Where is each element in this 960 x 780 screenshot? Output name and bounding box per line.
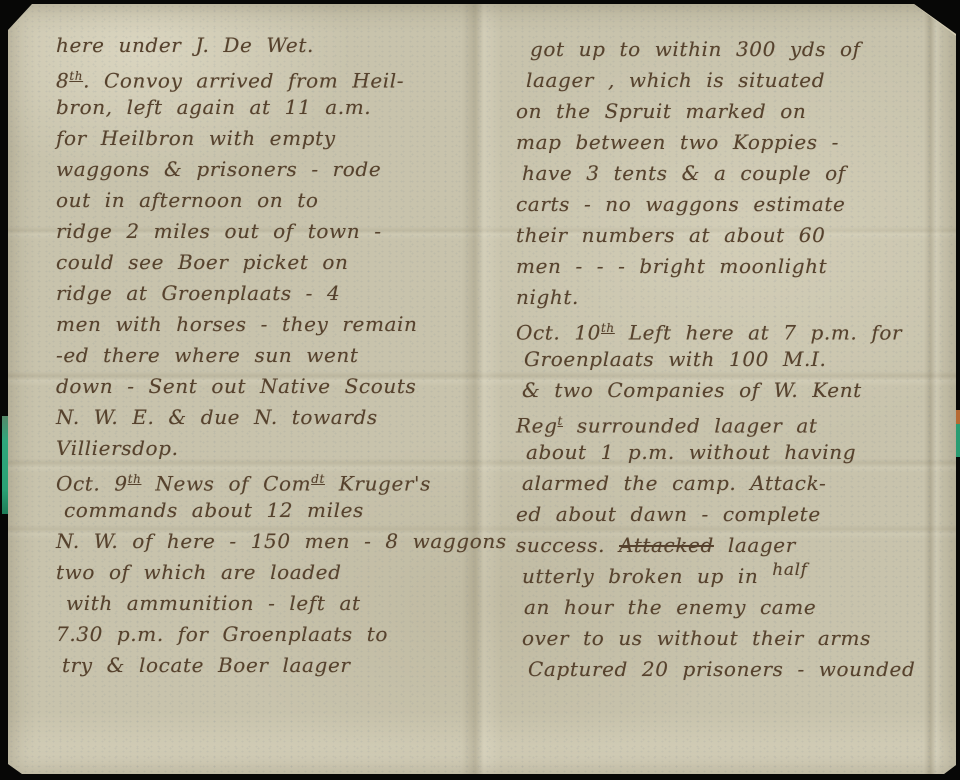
struck-through-word: Attacked [619, 533, 714, 557]
handwriting-line: success. Attacked laager [516, 530, 956, 561]
handwriting-line: 7.30 p.m. for Groenplaats to [56, 619, 496, 650]
handwriting-line: try & locate Boer laager [56, 650, 496, 681]
handwriting-line: -ed there where sun went [56, 340, 496, 371]
handwriting-line: Oct. 10th Left here at 7 p.m. for [516, 313, 956, 344]
handwriting-line: men - - - bright moonlight [516, 251, 956, 282]
handwriting-line: out in afternoon on to [56, 185, 496, 216]
right-page-column: got up to within 300 yds oflaager , whic… [516, 34, 956, 685]
handwriting-text: down - Sent out Native Scouts [56, 374, 416, 398]
handwriting-line: utterly broken up in half [516, 561, 956, 592]
handwriting-text: with ammunition - left at [66, 591, 361, 615]
handwriting-line: about 1 p.m. without having [516, 437, 956, 468]
handwriting-text: men - - - bright moonlight [516, 254, 827, 278]
handwriting-text: dt [311, 472, 325, 486]
handwriting-text: Oct. 10 [516, 321, 601, 345]
handwriting-line: could see Boer picket on [56, 247, 496, 278]
handwriting-text: th [601, 321, 615, 335]
handwriting-line: Oct. 9th News of Comdt Kruger's [56, 464, 496, 495]
folded-corner [912, 4, 956, 38]
handwriting-text: their numbers at about 60 [516, 223, 825, 247]
handwriting-line: carts - no waggons estimate [516, 189, 956, 220]
handwriting-text: News of Com [141, 472, 311, 496]
handwriting-line: Groenplaats with 100 M.I. [516, 344, 956, 375]
handwriting-text: ridge at Groenplaats - 4 [56, 281, 340, 305]
handwriting-line: here under J. De Wet. [56, 30, 496, 61]
handwriting-text: half [772, 560, 807, 580]
handwriting-line: Captured 20 prisoners - wounded [516, 654, 956, 685]
handwriting-line: ridge at Groenplaats - 4 [56, 278, 496, 309]
handwriting-line: ridge 2 miles out of town - [56, 216, 496, 247]
handwriting-line: have 3 tents & a couple of [516, 158, 956, 189]
handwriting-text: for Heilbron with empty [56, 126, 336, 150]
handwriting-text: could see Boer picket on [56, 250, 349, 274]
handwriting-text: N. W. E. & due N. towards [56, 405, 378, 429]
diary-page-paper: here under J. De Wet.8th. Convoy arrived… [8, 4, 956, 774]
handwriting-text: laager , which is situated [526, 68, 825, 92]
handwriting-text: waggons & prisoners - rode [56, 157, 381, 181]
handwriting-line: on the Spruit marked on [516, 96, 956, 127]
handwriting-line: two of which are loaded [56, 557, 496, 588]
handwriting-text: carts - no waggons estimate [516, 192, 845, 216]
handwriting-text: an hour the enemy came [524, 595, 816, 619]
handwriting-line: Villiersdop. [56, 433, 496, 464]
handwriting-line: for Heilbron with empty [56, 123, 496, 154]
handwriting-line: commands about 12 miles [56, 495, 496, 526]
handwriting-text: N. W. of here - 150 men - 8 waggons [56, 529, 507, 553]
handwriting-line: ed about dawn - complete [516, 499, 956, 530]
handwriting-text: on the Spruit marked on [516, 99, 806, 123]
handwriting-text: 7.30 p.m. for Groenplaats to [56, 622, 388, 646]
handwriting-line: an hour the enemy came [516, 592, 956, 623]
handwriting-line: map between two Koppies - [516, 127, 956, 158]
handwriting-text: have 3 tents & a couple of [522, 161, 846, 185]
handwriting-text: commands about 12 miles [64, 498, 364, 522]
handwriting-line: N. W. of here - 150 men - 8 waggons [56, 526, 496, 557]
handwriting-text: Captured 20 prisoners - wounded [528, 657, 915, 681]
handwriting-text: out in afternoon on to [56, 188, 318, 212]
handwriting-line: men with horses - they remain [56, 309, 496, 340]
handwriting-line: got up to within 300 yds of [516, 34, 956, 65]
handwriting-text: alarmed the camp. Attack- [522, 471, 826, 495]
handwriting-line: & two Companies of W. Kent [516, 375, 956, 406]
handwriting-line: N. W. E. & due N. towards [56, 402, 496, 433]
handwriting-text: got up to within 300 yds of [530, 37, 861, 61]
handwriting-text: -ed there where sun went [56, 343, 359, 367]
handwriting-line: down - Sent out Native Scouts [56, 371, 496, 402]
handwriting-text: bron, left again at 11 a.m. [56, 95, 371, 119]
handwriting-line: their numbers at about 60 [516, 220, 956, 251]
handwriting-text: men with horses - they remain [56, 312, 418, 336]
handwriting-line: bron, left again at 11 a.m. [56, 92, 496, 123]
handwriting-text: Kruger's [325, 472, 431, 496]
handwriting-line: with ammunition - left at [56, 588, 496, 619]
handwriting-text: utterly broken up in [522, 564, 772, 588]
handwriting-text: Reg [516, 414, 558, 438]
handwriting-line: laager , which is situated [516, 65, 956, 96]
document-scan: here under J. De Wet.8th. Convoy arrived… [0, 0, 960, 780]
handwriting-text: 8 [56, 69, 69, 93]
handwriting-line: waggons & prisoners - rode [56, 154, 496, 185]
handwriting-text: ed about dawn - complete [516, 502, 821, 526]
handwriting-text: th [69, 69, 83, 83]
handwriting-text: two of which are loaded [56, 560, 341, 584]
handwriting-text: th [128, 472, 142, 486]
handwriting-text: Oct. 9 [56, 472, 128, 496]
handwriting-text: here under J. De Wet. [56, 33, 314, 57]
handwriting-text: about 1 p.m. without having [526, 440, 856, 464]
handwriting-text: Groenplaats with 100 M.I. [524, 347, 826, 371]
handwriting-text: try & locate Boer laager [62, 653, 351, 677]
handwriting-line: over to us without their arms [516, 623, 956, 654]
handwriting-text: ridge 2 miles out of town - [56, 219, 382, 243]
handwriting-line: 8th. Convoy arrived from Heil- [56, 61, 496, 92]
handwriting-line: night. [516, 282, 956, 313]
handwriting-line: alarmed the camp. Attack- [516, 468, 956, 499]
handwriting-text: . Convoy arrived from Heil- [83, 69, 404, 93]
handwriting-text: & two Companies of W. Kent [522, 378, 862, 402]
handwriting-text: map between two Koppies - [516, 130, 839, 154]
handwriting-text: Left here at 7 p.m. for [615, 321, 902, 345]
handwriting-text: laager [714, 533, 796, 557]
handwriting-text: Villiersdop. [56, 436, 179, 460]
handwriting-line: Regt surrounded laager at [516, 406, 956, 437]
left-page-column: here under J. De Wet.8th. Convoy arrived… [56, 30, 496, 681]
handwriting-text: night. [516, 285, 579, 309]
handwriting-text: over to us without their arms [522, 626, 871, 650]
handwriting-text: surrounded laager at [563, 414, 818, 438]
handwriting-text: success. [516, 533, 619, 557]
